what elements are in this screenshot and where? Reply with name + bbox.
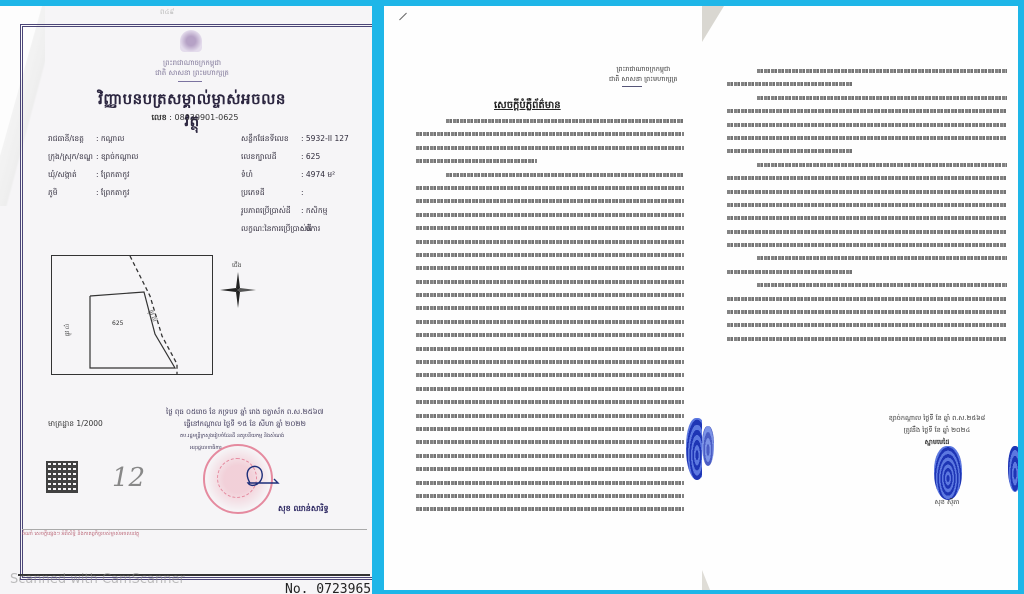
top-mark: ព៤៩ [160,8,174,18]
field-land-type: ប្រភេទដី: [241,188,304,199]
road-label-left: ផ្លូវ លំ [64,324,72,336]
statement-body-text [416,114,684,516]
issue-date: ធ្វើនៅកណ្ដាល ថ្ងៃទី ១៥ ខែ សីហា ឆ្នាំ ២០២… [166,418,372,430]
thumbprint-partial [702,426,714,466]
text-line [416,221,684,234]
thumbprint [934,446,962,500]
text-line [727,198,1007,211]
page-corner-bottom [702,570,710,590]
text-line [727,211,1007,224]
certificate-number-label: លេខ [152,113,167,122]
statement-body-text [727,64,1007,345]
divider [622,86,642,87]
kingdom-line-2: ជាតិ សាសនា ព្រះមហាក្សត្រ [152,68,232,78]
issuing-ministry: តប.រដ្ឋមន្ត្រីក្រសួងរៀបចំដែនដី នគរូបនីយក… [166,430,372,442]
field-land-use: រូបភាពប្រើប្រាស់ដី: កសិកម្ម [241,206,327,217]
field-province: រាជធានី/ខេត្ត: កណ្ដាល [48,134,124,145]
handwritten-note: 12 [112,463,145,493]
text-line [416,368,684,381]
text-line [416,315,684,328]
royal-emblem-icon [180,30,202,52]
text-line [727,225,1007,238]
map-scale: មាត្រដ្ឋាន 1/2000 [48,419,103,430]
field-use-character: លក្ខណៈនៃការប្រើប្រាស់ដី: ចំការ [241,224,320,235]
text-line [416,476,684,489]
statement-page-1: ព្រះរាជាណាចក្រកម្ពុជា ជាតិ សាសនា ព្រះមហា… [384,6,702,590]
text-line [727,91,1007,104]
parcel-plot-map: 625 ផ្លូវ លំ ផ្លូវ លំ [51,255,213,375]
signing-date-block: ថ្ងៃ ពុធ ០៥រោច ខែ ភទ្របទ ឆ្នាំ រោង ចត្វា… [166,406,372,454]
qr-code [46,461,78,493]
text-line [416,288,684,301]
text-line [727,158,1007,171]
text-line [416,181,684,194]
scanner-watermark: Scanned with CamScanner [10,572,185,587]
north-label: ជើង [232,261,242,270]
text-line [727,238,1007,251]
signature [230,461,290,491]
text-line [727,332,1007,345]
field-area: ទំហំ: 4974 ម² [241,170,335,181]
text-line [416,449,684,462]
text-line [416,235,684,248]
closing-place-date: ខ្សាច់កណ្ដាល ថ្ងៃទី ខែ ឆ្នាំ ព.ស.២៥៦៨ [862,412,1012,424]
field-commune: ឃុំ/សង្កាត់: ព្រែកតាកូវ [48,170,129,181]
field-village: ភូមិ: ព្រែកតាកូវ [48,188,129,199]
lunar-date: ថ្ងៃ ពុធ ០៥រោច ខែ ភទ្របទ ឆ្នាំ រោង ចត្វា… [166,406,372,418]
text-line [727,305,1007,318]
text-line [727,185,1007,198]
thumbprint-label: ស្នាមមេដៃ [862,436,1012,448]
field-district: ក្រុង/ស្រុក/ខណ្ឌ: ខ្សាច់កណ្ដាល [48,152,138,163]
thumbprint-partial [1008,446,1018,492]
text-line [416,462,684,475]
text-line [416,395,684,408]
pen-mark [399,13,407,21]
text-line [727,265,1007,278]
text-line [416,342,684,355]
kingdom-line-1: ព្រះរាជាណាចក្រកម្ពុជា [609,64,678,74]
text-line [727,171,1007,184]
text-line [727,278,1007,291]
text-line [416,194,684,207]
text-line [416,248,684,261]
closing-date-2: ត្រូវនឹង ថ្ងៃទី ខែ ឆ្នាំ ២០២៤ [862,424,1012,436]
text-line [727,64,1007,77]
parcel-diagram [52,256,212,374]
text-line [416,261,684,274]
north-arrow-compass-icon [220,272,256,308]
certificate-number: លេខ : 08030901-0625 [120,112,270,124]
text-line [416,409,684,422]
signer-name: សុខ ស៊ីតា [922,496,972,508]
footnote-text: សេចក្ដីផ្សេងៗ អំពីសិទ្ធិ និងកាតព្វកិច្ចរ… [34,531,139,537]
text-line [416,127,684,140]
kingdom-line-1: ព្រះរាជាណាចក្រកម្ពុជា [152,58,232,68]
text-line [416,168,684,181]
thumbprint [686,418,702,480]
field-parcel-number: លេខក្បាលដី: 625 [241,152,320,163]
text-line [727,77,1007,90]
kingdom-header: ព្រះរាជាណាចក្រកម្ពុជា ជាតិ សាសនា ព្រះមហា… [609,64,678,84]
parcel-number-label: 625 [112,320,123,327]
closing-signature-block: ខ្សាច់កណ្ដាល ថ្ងៃទី ខែ ឆ្នាំ ព.ស.២៥៦៨ ត្… [862,412,1012,448]
text-line [416,489,684,502]
text-line [416,435,684,448]
page-corner [702,6,724,42]
text-line [727,131,1007,144]
text-line [727,118,1007,131]
text-line [416,328,684,341]
text-line [727,318,1007,331]
text-line [416,422,684,435]
serial-number: No. 0723965 [285,582,371,594]
text-line [416,355,684,368]
text-line [416,208,684,221]
land-title-certificate-page: ព៤៩ ព្រះរាជាណាចក្រកម្ពុជា ជាតិ សាសនា ព្រ… [0,6,372,594]
text-line [416,154,684,167]
certificate-footnote: ចំណាំ សេចក្ដីផ្សេងៗ អំពីសិទ្ធិ និងកាតព្វ… [22,529,367,564]
statement-title: សេចក្ដីបំភ្លឺព័ត៌មាន [494,98,561,113]
issuing-official-title: អនុរដ្ឋលេខាធិការ [166,442,372,454]
text-line [416,114,684,127]
kingdom-motto: ព្រះរាជាណាចក្រកម្ពុជា ជាតិ សាសនា ព្រះមហា… [152,58,232,78]
divider [178,81,202,82]
text-line [416,275,684,288]
text-line [727,104,1007,117]
signer-name: សុខ ឈាន់សារិទ្ធ [278,503,329,515]
parcel-boundary [90,292,175,368]
text-line [416,301,684,314]
footnote-label: ចំណាំ [22,531,33,537]
text-line [416,141,684,154]
certificate-number-value: : 08030901-0625 [169,113,238,122]
kingdom-line-2: ជាតិ សាសនា ព្រះមហាក្សត្រ [609,74,678,84]
text-line [727,292,1007,305]
field-map-sheet: សន្លឹកផែនទីលេខ: 5932-II 127 [241,134,349,145]
text-line [727,251,1007,264]
text-line [727,144,1007,157]
text-line [416,502,684,515]
text-line [416,382,684,395]
statement-page-2: ខ្សាច់កណ្ដាល ថ្ងៃទី ខែ ឆ្នាំ ព.ស.២៥៦៨ ត្… [702,6,1018,590]
